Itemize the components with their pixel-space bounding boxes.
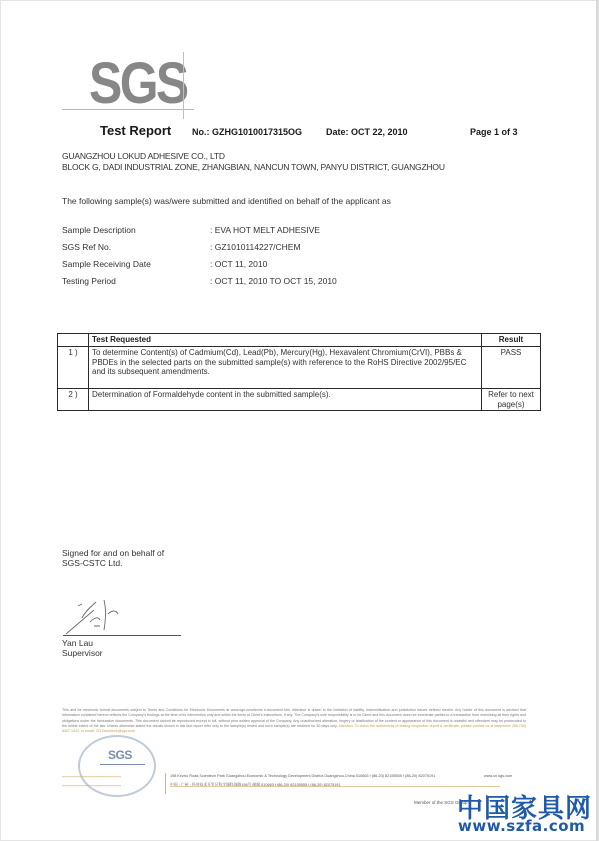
applicant-company: GUANGZHOU LOKUD ADHESIVE CO., LTD [62,151,225,161]
footer-address-en: 198 Kezhu Road,Scientech Park Guangzhou … [170,774,435,778]
logo-rule-horizontal [62,109,154,110]
stamp-logo-text: SGS [108,748,132,762]
sgs-ref-value: : GZ1010114227/CHEM [210,242,301,252]
report-number: No.: GZHG1010017315OG [192,127,302,137]
footer-rule [170,786,500,787]
table-header-row: Test Requested Result [58,334,541,347]
logo-rule-vertical [183,52,184,119]
signature-mark [64,596,134,636]
result-cell: Refer to next page(s) [482,389,541,411]
page-edge [596,0,598,841]
signatory-title: Supervisor [62,648,103,658]
header-result: Result [482,334,541,347]
row-number: 1 ) [58,347,89,389]
tests-table: Test Requested Result 1 ) To determine C… [57,333,541,411]
signing-company: SGS-CSTC Ltd. [62,558,122,568]
header-test-requested: Test Requested [89,334,482,347]
sgs-ref-label: SGS Ref No. [62,242,111,252]
receiving-date-value: : OCT 11, 2010 [210,259,267,269]
table-row: 2 ) Determination of Formaldehyde conten… [58,389,541,411]
signed-on-behalf-text: Signed for and on behalf of [62,548,164,558]
result-cell: PASS [482,347,541,389]
test-requested-cell: Determination of Formaldehyde content in… [89,389,482,411]
legal-fineprint: This and for electronic format documents… [62,708,526,734]
row-number: 2 ) [58,389,89,411]
receiving-date-label: Sample Receiving Date [62,259,151,269]
sgs-logo: SGS [89,55,187,113]
page-indicator: Page 1 of 3 [470,127,518,137]
watermark-url: www.szfa.com [458,817,585,835]
signature-line [63,635,181,636]
testing-period-label: Testing Period [62,276,116,286]
intro-text: The following sample(s) was/were submitt… [62,196,391,206]
header-number [58,334,89,347]
test-requested-cell: To determine Content(s) of Cadmium(Cd), … [89,347,482,389]
sample-description-value: : EVA HOT MELT ADHESIVE [210,225,320,235]
footer-separator [165,773,166,794]
applicant-address: BLOCK G, DADI INDUSTRIAL ZONE, ZHANGBIAN… [62,162,445,172]
footer-company-cn: ━━━━━━━━━━━━━━━━━━━━━━━━━━━━ [62,784,121,788]
report-date: Date: OCT 22, 2010 [326,127,408,137]
signatory-name: Yan Lau [62,638,93,648]
stamp-underline [100,764,145,765]
footer-company-en: ━━━━━━━━━━━━━━━━━━━━━━━━━━━━ [62,775,121,779]
report-title: Test Report [100,123,171,138]
footer-website: www.cn.sgs.com [484,774,512,778]
table-row: 1 ) To determine Content(s) of Cadmium(C… [58,347,541,389]
testing-period-value: : OCT 11, 2010 TO OCT 15, 2010 [210,276,337,286]
logo-rule-horizontal-tail [154,109,194,110]
sample-description-label: Sample Description [62,225,136,235]
